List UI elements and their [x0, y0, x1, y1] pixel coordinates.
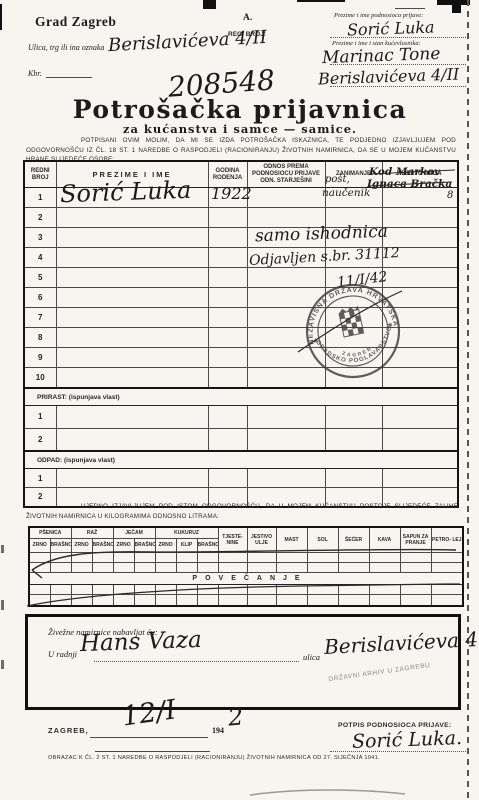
- name-cell: [56, 228, 208, 248]
- year-printed: 194: [212, 726, 224, 735]
- supplies-empty-cell: [71, 584, 92, 594]
- supplies-empty-cell: [176, 584, 197, 594]
- supplies-empty-cell: [155, 594, 176, 606]
- supplies-empty-cell: [338, 552, 369, 562]
- section-letter: A.: [243, 13, 252, 23]
- scanned-form-page: Grad Zagreb A. REG. BROJ: 208548 Ulica, …: [0, 0, 479, 800]
- scan-artifact: [297, 0, 345, 2]
- supplies-empty-cell: [218, 584, 247, 594]
- supplies-empty-cell: [400, 584, 431, 594]
- supplies-empty-cell: [431, 594, 463, 606]
- dotted-line: [94, 661, 299, 662]
- supplies-empty-cell: [276, 594, 307, 606]
- relation-cell: [247, 188, 325, 208]
- col-header-kava: KAVA: [369, 527, 400, 552]
- year-cell: [208, 469, 247, 488]
- col-sub-klip: KLIP: [176, 538, 197, 552]
- member1-occupation-line1: pošt,: [325, 175, 350, 185]
- workplace-cell: [382, 469, 458, 488]
- col-header-petrolej: PETRO- LEJ: [431, 527, 463, 552]
- table-row: 1: [24, 405, 458, 428]
- supplies-empty-cell: [218, 552, 247, 562]
- food-supplies-table: PŠENICA RAŽ JEČAM KUKURUZ TJESTE- NINE J…: [28, 526, 464, 607]
- col-header-mast: MAST: [276, 527, 307, 552]
- name-cell: [56, 428, 208, 451]
- shop-name-value: Hans Vaza: [80, 629, 202, 656]
- name-cell: [56, 288, 208, 308]
- member1-workplace-line1: Kod Markov: [369, 167, 440, 178]
- occupation-cell: [325, 428, 382, 451]
- povecanje-banner-row: POVEČANJE: [29, 572, 463, 584]
- odpad-section-row: ODPAD: (ispunjava vlast): [24, 451, 458, 469]
- supplies-empty-cell: [134, 562, 155, 572]
- col-sub-zrno: ZRNO: [29, 538, 50, 552]
- name-cell: [56, 348, 208, 368]
- supplies-empty-cell: [247, 562, 276, 572]
- kbr-blank-line: [46, 77, 92, 78]
- col-header-sapun: SAPUN ZA PRANJE: [400, 527, 431, 552]
- scan-artifact: [1, 600, 4, 610]
- supplies-empty-cell: [400, 594, 431, 606]
- ulica-label: ulica: [303, 652, 320, 662]
- relation-cell: [247, 428, 325, 451]
- workplace-cell: [382, 405, 458, 428]
- workplace-cell: [382, 428, 458, 451]
- row-number: 2: [24, 428, 56, 451]
- supplies-empty-cell: [50, 594, 71, 606]
- supplies-empty-cell: [431, 584, 463, 594]
- name-cell: [56, 208, 208, 228]
- year-cell: [208, 288, 247, 308]
- street-value: Berislavićeva 4/II: [108, 29, 268, 55]
- row-number: 1: [24, 405, 56, 428]
- supplies-empty-cell: [307, 552, 338, 562]
- row-number: 5: [24, 268, 56, 288]
- supplies-empty-cell: [155, 584, 176, 594]
- scan-artifact: [1, 660, 4, 669]
- year-value: 2: [227, 704, 244, 729]
- col-sub-brasno: BRAŠNO: [134, 538, 155, 552]
- supplies-intro-paragraph: UJEDNO IZJAVLJUJEM POD ISTOM ODGOVORNOŠĆ…: [26, 502, 458, 521]
- supplies-empty-cell: [50, 562, 71, 572]
- table-row: 2: [24, 208, 458, 228]
- dotted-line: [330, 751, 468, 752]
- col-header-tjestenine: TJESTE- NINE: [218, 527, 247, 552]
- supplies-empty-cell: [276, 552, 307, 562]
- form-subtitle: za kućanstva i samce — samice.: [25, 122, 455, 136]
- name-cell: [56, 328, 208, 348]
- table-row: 2: [24, 428, 458, 451]
- supplies-empty-cell: [247, 584, 276, 594]
- supplies-empty-cell: [113, 584, 134, 594]
- workplace-cell: [382, 208, 458, 228]
- col-group-jecam: JEČAM: [113, 527, 155, 538]
- row-number: 6: [24, 288, 56, 308]
- official-round-stamp: NEZAVISNA DRŽAVA HRVATSKA GRADSKO POGLAV…: [294, 272, 413, 391]
- archive-stamp-text: DRŽAVNI ARHIV U ZAGREBU: [328, 662, 431, 683]
- supplies-empty-cell: [50, 552, 71, 562]
- member1-year: 1922: [211, 186, 252, 202]
- supplies-empty-cell: [247, 594, 276, 606]
- occupation-cell: [325, 469, 382, 488]
- stamp-ring-bottom-text: GRADSKO POGLAVARSTVO: [314, 324, 399, 372]
- supplies-empty-cell: [113, 594, 134, 606]
- shop-street-value: Berislavićeva 4: [324, 629, 479, 657]
- supplies-empty-row: [29, 552, 463, 562]
- supplies-empty-cell: [71, 562, 92, 572]
- col-sub-zrno: ZRNO: [155, 538, 176, 552]
- supplies-empty-cell: [29, 562, 50, 572]
- supplies-empty-cell: [92, 562, 113, 572]
- supplies-empty-cell: [71, 552, 92, 562]
- year-cell: [208, 328, 247, 348]
- row-number: 10: [24, 368, 56, 388]
- odpad-label: ODPAD: (ispunjava vlast): [24, 451, 458, 469]
- povecanje-banner: POVEČANJE: [29, 572, 463, 584]
- supplies-empty-cell: [307, 594, 338, 606]
- supplies-empty-cell: [197, 552, 218, 562]
- supplies-empty-cell: [29, 594, 50, 606]
- col-sub-zrno: ZRNO: [71, 538, 92, 552]
- stamp-coat-of-arms: [338, 305, 363, 337]
- relation-cell: [247, 405, 325, 428]
- scan-artifact: [0, 4, 2, 30]
- row-number: 4: [24, 248, 56, 268]
- radnja-label: U radnji: [48, 649, 77, 659]
- prirast-section-row: PRIRAST: (ispunjava vlast): [24, 388, 458, 406]
- supplies-empty-cell: [197, 584, 218, 594]
- supplies-empty-cell: [134, 552, 155, 562]
- relation-cell: [247, 268, 325, 288]
- col-group-psenica: PŠENICA: [29, 527, 71, 538]
- note-samo-ishodnica: samo ishodnica: [255, 224, 388, 246]
- name-cell: [56, 368, 208, 388]
- year-cell: [208, 228, 247, 248]
- supplies-empty-cell: [197, 562, 218, 572]
- form-title: Potrošačka prijavnica: [25, 95, 455, 124]
- supplies-group-header-row: PŠENICA RAŽ JEČAM KUKURUZ TJESTE- NINE J…: [29, 527, 463, 538]
- supplies-empty-cell: [176, 562, 197, 572]
- supplies-empty-cell: [134, 584, 155, 594]
- supplies-empty-cell: [307, 584, 338, 594]
- legal-footnote: OBRAZAC K ČL. 2 ST. 1 NAREDBE O RASPODJE…: [48, 755, 380, 761]
- supplies-empty-cell: [92, 552, 113, 562]
- signature-value: Sorić Luka.: [352, 729, 463, 752]
- col-header-jestivo-ulje: JESTIVO ULJE: [247, 527, 276, 552]
- member1-workplace-line3: 8: [447, 191, 453, 201]
- relation-cell: [247, 469, 325, 488]
- supplies-empty-cell: [218, 562, 247, 572]
- supplies-empty-cell: [369, 562, 400, 572]
- year-cell: [208, 208, 247, 228]
- member1-name: Sorić Luka: [60, 178, 192, 207]
- street-label: Ulica, trg ili ina oznaka: [28, 43, 104, 52]
- supplies-empty-cell: [155, 552, 176, 562]
- col-sub-zrno: ZRNO: [113, 538, 134, 552]
- prirast-label: PRIRAST: (ispunjava vlast): [24, 388, 458, 406]
- supplies-empty-row: [29, 584, 463, 594]
- year-cell: [208, 268, 247, 288]
- row-number: 1: [24, 188, 56, 208]
- table-row: 1: [24, 469, 458, 488]
- perforation-line: [467, 0, 469, 800]
- row-number: 7: [24, 308, 56, 328]
- supplies-empty-cell: [176, 552, 197, 562]
- supplies-empty-cell: [29, 552, 50, 562]
- row-number: 9: [24, 348, 56, 368]
- col-header-secer: ŠEĆER: [338, 527, 369, 552]
- dotted-line: [330, 86, 466, 87]
- supplies-empty-cell: [134, 594, 155, 606]
- row-number: 3: [24, 228, 56, 248]
- scan-artifact: [452, 4, 461, 13]
- supplies-empty-cell: [369, 584, 400, 594]
- place-label: ZAGREB,: [48, 726, 89, 735]
- supplies-empty-cell: [92, 584, 113, 594]
- col-sub-brasno: BRAŠNO: [92, 538, 113, 552]
- supplies-empty-cell: [369, 594, 400, 606]
- row-number: 2: [24, 208, 56, 228]
- supplies-empty-cell: [338, 584, 369, 594]
- supplies-empty-cell: [431, 562, 463, 572]
- supplies-empty-cell: [218, 594, 247, 606]
- member1-occupation-line2: naučenik: [322, 188, 370, 199]
- name-cell: [56, 268, 208, 288]
- supplies-empty-cell: [71, 594, 92, 606]
- supplies-empty-cell: [369, 552, 400, 562]
- supplies-empty-cell: [247, 552, 276, 562]
- date-blank-line: [90, 737, 208, 738]
- scan-artifact: [1, 545, 4, 553]
- name-cell: [56, 308, 208, 328]
- supplies-empty-cell: [113, 552, 134, 562]
- col-group-kukuruz: KUKURUZ: [155, 527, 218, 538]
- supplies-empty-cell: [29, 584, 50, 594]
- supplies-empty-row: [29, 594, 463, 606]
- date-value: 12/I: [120, 696, 177, 730]
- supplies-empty-cell: [307, 562, 338, 572]
- supplies-empty-cell: [276, 584, 307, 594]
- name-cell: [56, 469, 208, 488]
- year-cell: [208, 248, 247, 268]
- supplies-empty-cell: [176, 594, 197, 606]
- supplies-empty-cell: [113, 562, 134, 572]
- col-sub-brasno: BRAŠNO: [197, 538, 218, 552]
- supplies-empty-cell: [197, 594, 218, 606]
- shop-declaration-box: Živežne namirnice nabavljat ću: U radnji…: [25, 614, 461, 710]
- owner-address-value: Berislavićeva 4/II: [318, 67, 460, 88]
- name-cell: [56, 248, 208, 268]
- supplies-empty-cell: [92, 594, 113, 606]
- supplies-empty-cell: [338, 594, 369, 606]
- supplies-empty-cell: [400, 552, 431, 562]
- col-header-sol: SOL: [307, 527, 338, 552]
- row-number: 1: [24, 469, 56, 488]
- kbr-label: Kbr.: [28, 69, 42, 78]
- supplies-empty-cell: [400, 562, 431, 572]
- col-header-odnos: ODNOS PREMA PODNOSIOCU PRIJAVE ODN. STAR…: [247, 161, 325, 188]
- col-header-redni-broj: REDNI BROJ: [24, 161, 56, 188]
- supplies-empty-cell: [155, 562, 176, 572]
- city-heading: Grad Zagreb: [35, 14, 116, 30]
- col-group-raz: RAŽ: [71, 527, 113, 538]
- member1-workplace-line2: Ignaca Bračka: [367, 179, 452, 190]
- header-rule: [395, 8, 425, 9]
- supplies-empty-cell: [276, 562, 307, 572]
- year-cell: [208, 428, 247, 451]
- year-cell: [208, 368, 247, 388]
- supplies-empty-row: [29, 562, 463, 572]
- applicant-name-value: Sorić Luka: [347, 19, 435, 38]
- svg-text:GRADSKO POGLAVARSTVO: GRADSKO POGLAVARSTVO: [314, 324, 399, 372]
- year-cell: [208, 348, 247, 368]
- footnote-rule: [95, 751, 210, 752]
- col-sub-brasno: BRAŠNO: [50, 538, 71, 552]
- name-cell: [56, 405, 208, 428]
- year-cell: [208, 308, 247, 328]
- supplies-empty-cell: [431, 552, 463, 562]
- supplies-empty-cell: [338, 562, 369, 572]
- dotted-line: [330, 37, 466, 38]
- year-cell: [208, 405, 247, 428]
- row-number: 8: [24, 328, 56, 348]
- occupation-cell: [325, 405, 382, 428]
- scan-artifact: [203, 0, 216, 9]
- scan-bottom-mark: [250, 790, 405, 795]
- supplies-empty-cell: [50, 584, 71, 594]
- stamp-star-left: ✱: [313, 338, 319, 346]
